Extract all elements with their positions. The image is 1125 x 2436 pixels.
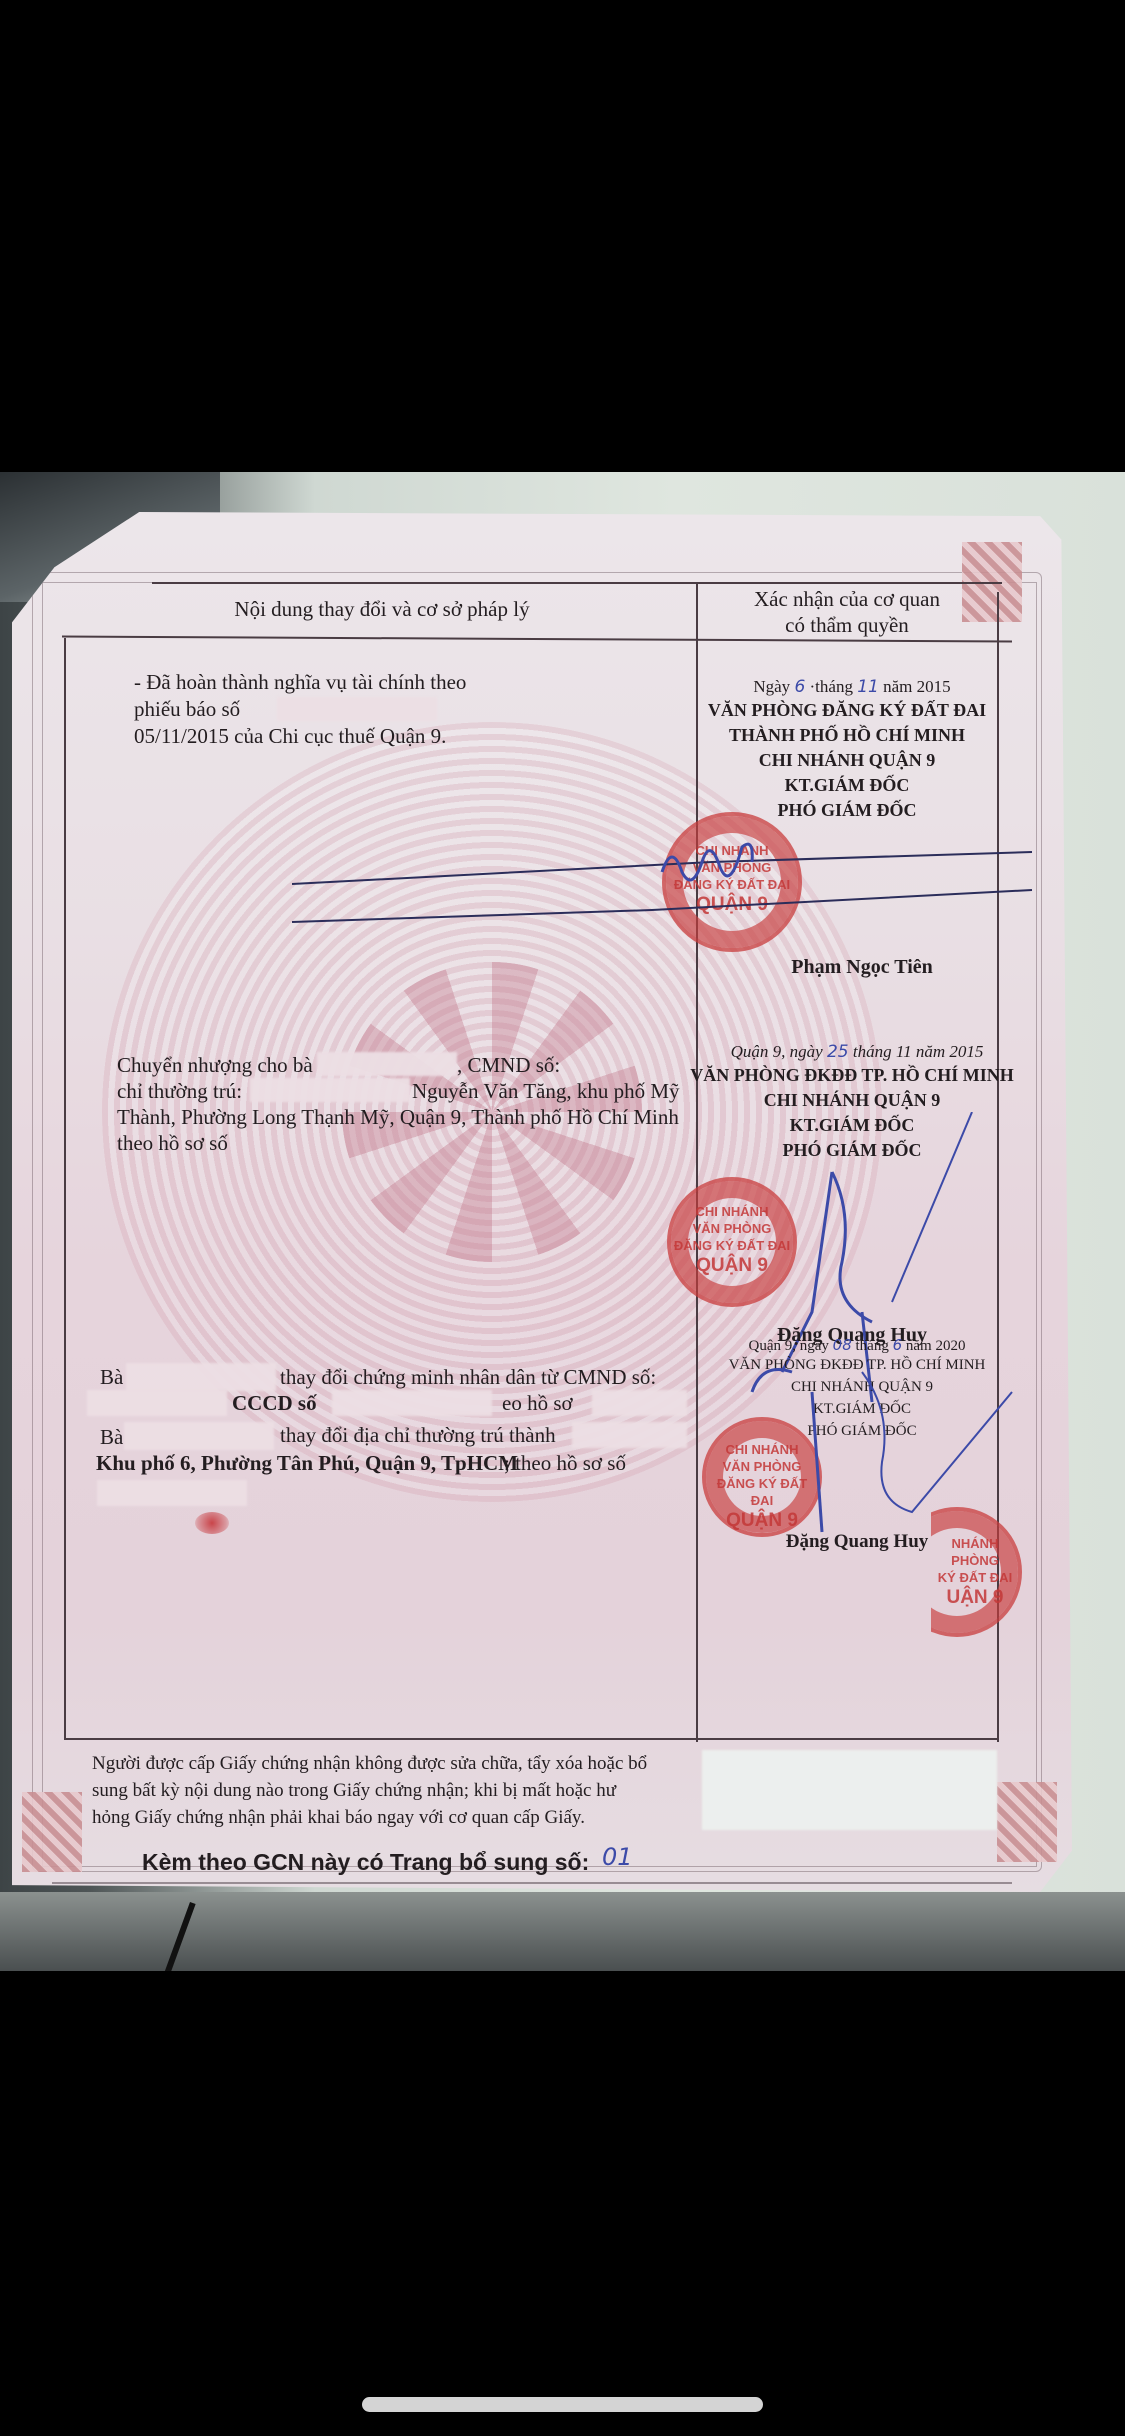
land-certificate-page: Nội dung thay đổi và cơ sở pháp lý Xác n… [12,512,1072,1892]
table-left-border [64,638,66,1738]
entry1-line2: phiếu báo số [134,694,240,724]
entry1-office-line3: CHI NHÁNH QUẬN 9 [682,748,1012,773]
entry1-office-line4: KT.GIÁM ĐỐC [682,773,1012,798]
handwritten-month: 11 [857,677,879,697]
redacted-receipt-number [277,697,437,721]
entry3-label-ba-1: Bà [100,1362,123,1392]
home-indicator[interactable] [362,2397,763,2412]
corner-ornament [997,1782,1057,1862]
redacted-id-number [87,1390,227,1416]
entry3-dossier-fragment: eo hồ sơ [502,1388,573,1418]
redacted-name [126,1363,276,1391]
entry2-office-line1: VĂN PHÒNG ĐKĐĐ TP. HỒ CHÍ MINH [682,1063,1022,1088]
supplement-number: 01 [602,1842,633,1872]
warning-line1: Người được cấp Giấy chứng nhận không đượ… [92,1750,647,1777]
entry2-dossier-label: theo hồ sơ số [117,1128,228,1158]
entry1-office-line1: VĂN PHÒNG ĐĂNG KÝ ĐẤT ĐAI [682,698,1012,723]
entry1-line3: 05/11/2015 của Chi cục thuế Quận 9. [134,721,446,751]
table-bottom-border [64,1738,999,1740]
entry3-new-address: Khu phố 6, Phường Tân Phú, Quận 9, TpHCM [96,1448,518,1478]
entry3-id-change: thay đổi chứng minh nhân dân từ CMND số: [280,1362,656,1392]
redacted-address [572,1422,687,1448]
redacted-name [124,1422,274,1450]
supplement-label: Kèm theo GCN này có Trang bổ sung số: [142,1847,589,1877]
signature-strokes [292,812,1052,932]
redacted-dossier-number [97,1480,247,1506]
entry3-dossier-label: ; theo hồ sơ số [504,1448,626,1478]
entry2-office-line2: CHI NHÁNH QUẬN 9 [682,1088,1022,1113]
entry1-signer-name: Phạm Ngọc Tiên [712,952,1012,982]
document-photo: Nội dung thay đổi và cơ sở pháp lý Xác n… [0,472,1125,1971]
header-content-column: Nội dung thay đổi và cơ sở pháp lý [112,594,652,624]
warning-line3: hỏng Giấy chứng nhận phải khai báo ngay … [92,1804,585,1831]
redacted-block [702,1750,997,1830]
header-confirmation-column-line2: có thẩm quyền [702,610,992,640]
entry3-address-change: thay đổi địa chỉ thường trú thành [280,1420,556,1450]
footer-rule [52,1882,1012,1884]
redacted-dossier-number [592,1390,687,1416]
redacted-name [317,1052,457,1076]
entry1-line1: - Đã hoàn thành nghĩa vụ tài chính theo [134,667,466,697]
handwritten-day: 6 [794,677,805,697]
entry1-office-line2: THÀNH PHỐ HỒ CHÍ MINH [682,723,1012,748]
redacted-address [250,1078,410,1102]
entry3-cccd-label: CCCD số [232,1388,317,1418]
warning-line2: sung bất kỳ nội dung nào trong Giấy chứn… [92,1777,616,1804]
corner-ornament [22,1792,82,1872]
redacted-cccd-number [332,1390,492,1416]
red-ink-smudge [195,1512,229,1534]
